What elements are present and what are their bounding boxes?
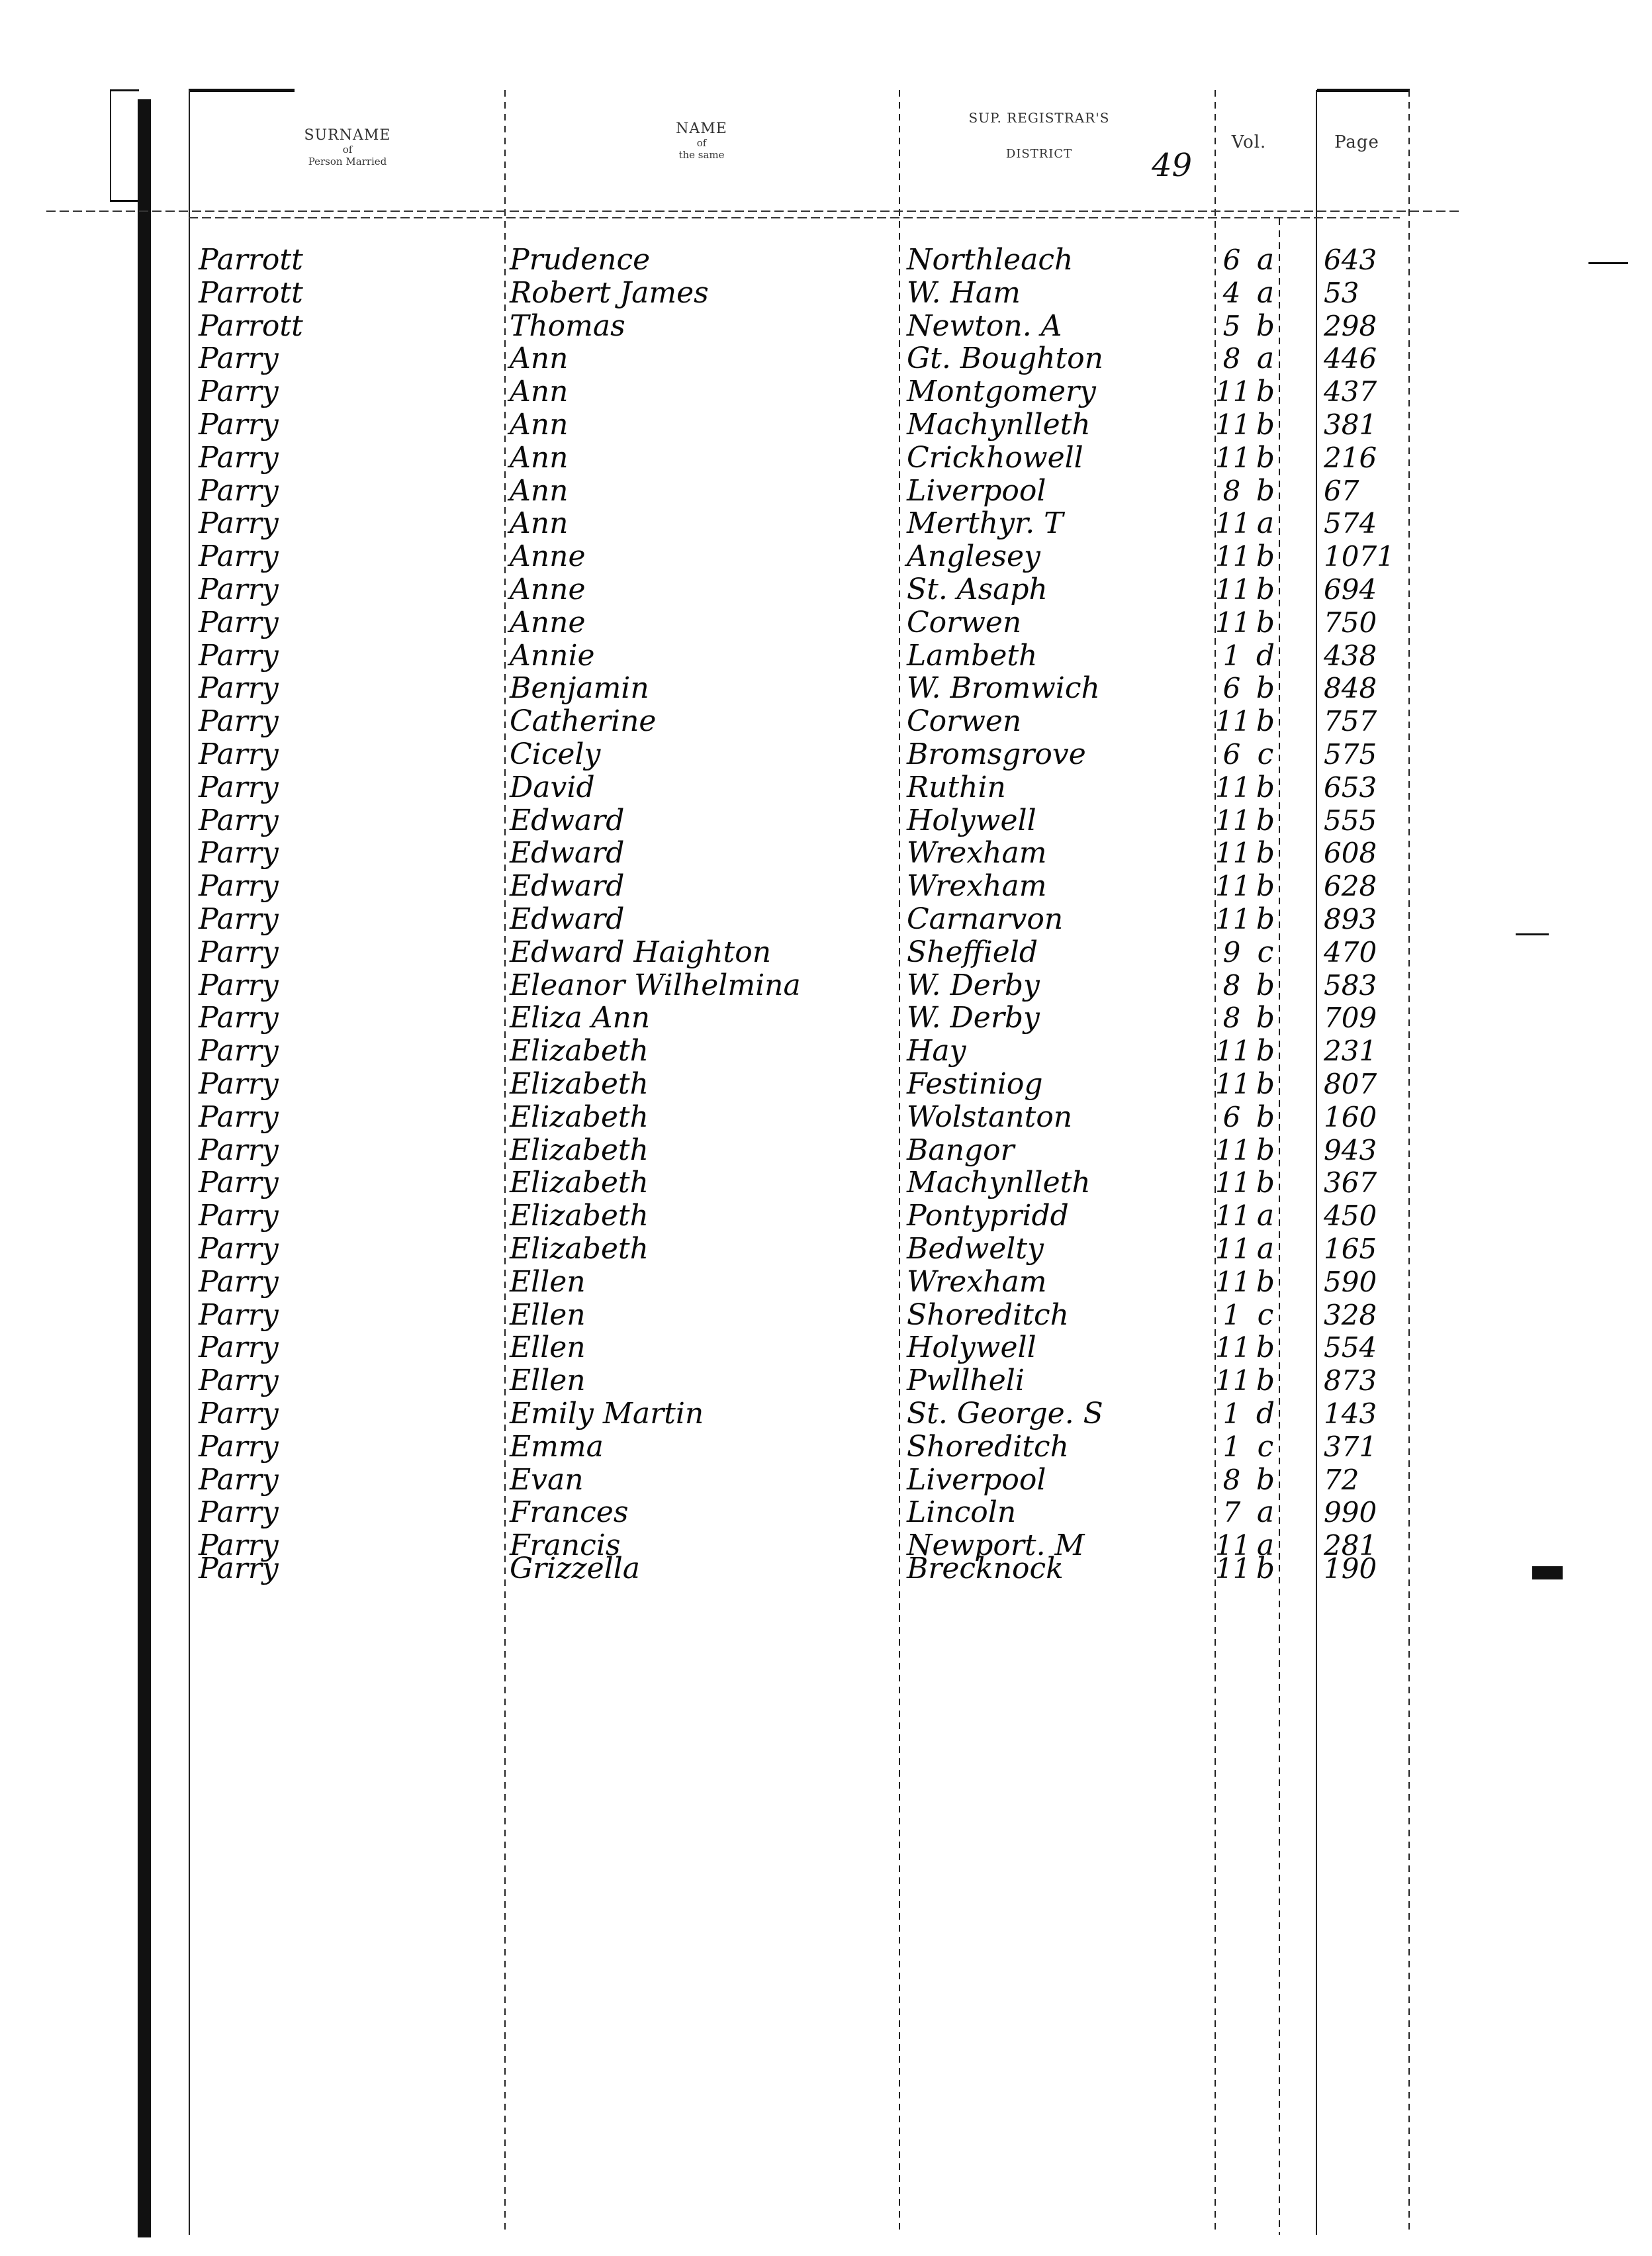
vol-letter-cell: b (1251, 1002, 1280, 1035)
district-cell: St. Asaph (907, 573, 1048, 606)
vol-cell: 1 (1215, 639, 1248, 673)
name-cell: Elizabeth (510, 1166, 649, 1199)
name-cell: Edward (510, 804, 624, 837)
page-cell: 757 (1324, 705, 1377, 738)
vol-cell: 1 (1215, 1431, 1248, 1464)
vol-letter-cell: b (1251, 1464, 1280, 1497)
surname-cell: Parry (199, 1552, 279, 1585)
vol-cell: 8 (1215, 969, 1248, 1002)
surname-cell: Parry (199, 672, 279, 705)
left-outer-rule (110, 89, 111, 202)
surname-cell: Parry (199, 705, 279, 738)
page-cell: 590 (1324, 1266, 1377, 1299)
table-row: ParryEvanLiverpool8b72 (0, 1464, 1652, 1497)
vol-letter-cell: b (1251, 837, 1280, 870)
district-cell: W. Bromwich (907, 672, 1100, 705)
district-cell: Holywell (907, 1331, 1036, 1364)
vol-letter-cell: b (1251, 442, 1280, 475)
surname-cell: Parry (199, 408, 279, 442)
district-cell: Pontypridd (907, 1199, 1069, 1233)
header-page-label: Page (1317, 132, 1397, 152)
name-cell: Robert James (510, 277, 709, 310)
surname-cell: Parry (199, 1331, 279, 1364)
vol-letter-cell: a (1251, 1199, 1280, 1233)
name-cell: Frances (510, 1496, 628, 1529)
vol-cell: 11 (1215, 408, 1248, 442)
surname-cell: Parrott (199, 310, 303, 343)
table-row: ParryEllenShoreditch1c328 (0, 1299, 1652, 1332)
vol-letter-cell: b (1251, 672, 1280, 705)
vol-cell: 11 (1215, 507, 1248, 540)
vol-letter-cell: b (1251, 903, 1280, 936)
header-surname-subtitle: Person Married (192, 156, 503, 167)
district-cell: Anglesey (907, 540, 1040, 573)
table-row: ParryEdwardCarnarvon11b893 (0, 903, 1652, 936)
vol-cell: 11 (1215, 442, 1248, 475)
name-cell: Ellen (510, 1266, 586, 1299)
vol-letter-cell: b (1251, 375, 1280, 408)
district-cell: Pwllheli (907, 1364, 1025, 1397)
vol-cell: 11 (1215, 573, 1248, 606)
surname-cell: Parry (199, 1068, 279, 1101)
header-district-subtitle: DISTRICT (900, 147, 1178, 161)
district-cell: W. Ham (907, 277, 1021, 310)
surname-cell: Parry (199, 903, 279, 936)
surname-cell: Parry (199, 1101, 279, 1134)
page-cell: 216 (1324, 442, 1377, 475)
table-row: ParryEleanor WilhelminaW. Derby8b583 (0, 969, 1652, 1002)
district-cell: St. George. S (907, 1397, 1103, 1431)
name-cell: Elizabeth (510, 1035, 649, 1068)
page-cell: 1071 (1324, 540, 1395, 573)
surname-cell: Parry (199, 1431, 279, 1464)
surname-cell: Parry (199, 969, 279, 1002)
vol-cell: 11 (1215, 804, 1248, 837)
vol-cell: 11 (1215, 375, 1248, 408)
surname-cell: Parry (199, 1002, 279, 1035)
vol-letter-cell: b (1251, 540, 1280, 573)
header-vol-label: Vol. (1216, 132, 1282, 152)
name-cell: Emma (510, 1431, 604, 1464)
district-cell: Merthyr. T (907, 507, 1064, 540)
vol-cell: 11 (1215, 1068, 1248, 1101)
district-cell: W. Derby (907, 969, 1040, 1002)
page-cell: 367 (1324, 1166, 1377, 1199)
name-cell: Grizzella (510, 1552, 640, 1585)
district-cell: W. Derby (907, 1002, 1040, 1035)
vol-cell: 11 (1215, 1266, 1248, 1299)
page-cell: 628 (1324, 870, 1377, 903)
table-row: ParryEllenPwllheli11b873 (0, 1364, 1652, 1397)
page-cell: 371 (1324, 1431, 1377, 1464)
district-cell: Lambeth (907, 639, 1037, 673)
name-cell: Edward Haighton (510, 936, 771, 969)
district-cell: Wrexham (907, 837, 1046, 870)
surname-cell: Parry (199, 1397, 279, 1431)
table-row: ParryBenjaminW. Bromwich6b848 (0, 672, 1652, 705)
vol-letter-cell: b (1251, 1552, 1280, 1585)
vol-letter-cell: c (1251, 1299, 1280, 1332)
page-cell: 67 (1324, 475, 1359, 508)
name-cell: Elizabeth (510, 1134, 649, 1167)
vol-letter-cell: b (1251, 1068, 1280, 1101)
vol-cell: 11 (1215, 1364, 1248, 1397)
page-cell: 438 (1324, 639, 1377, 673)
table-row: ParryElizabethMachynlleth11b367 (0, 1166, 1652, 1199)
header-vol: Vol. (1216, 132, 1282, 152)
vol-cell: 11 (1215, 540, 1248, 573)
table-row: ParryAnneCorwen11b750 (0, 606, 1652, 639)
district-cell: Machynlleth (907, 408, 1091, 442)
table-row: ParryAnnGt. Boughton8a446 (0, 342, 1652, 375)
vol-letter-cell: a (1251, 244, 1280, 277)
vol-letter-cell: b (1251, 1101, 1280, 1134)
name-cell: Cicely (510, 738, 600, 771)
name-cell: Eliza Ann (510, 1002, 650, 1035)
name-cell: Ann (510, 342, 568, 375)
table-row: ParryAnnMachynlleth11b381 (0, 408, 1652, 442)
surname-cell: Parry (199, 1299, 279, 1332)
vol-cell: 1 (1215, 1397, 1248, 1431)
name-cell: Emily Martin (510, 1397, 704, 1431)
name-cell: Ellen (510, 1364, 586, 1397)
page-cell: 750 (1324, 606, 1377, 639)
name-cell: Edward (510, 870, 624, 903)
district-cell: Gt. Boughton (907, 342, 1103, 375)
surname-cell: Parrott (199, 244, 303, 277)
page-cell: 574 (1324, 507, 1377, 540)
table-row: ParryElizabethFestiniog11b807 (0, 1068, 1652, 1101)
surname-cell: Parry (199, 837, 279, 870)
name-cell: Annie (510, 639, 595, 673)
page-cell: 893 (1324, 903, 1377, 936)
page-cell: 53 (1324, 277, 1359, 310)
name-cell: Prudence (510, 244, 650, 277)
district-cell: Bromsgrove (907, 738, 1086, 771)
district-number: 49 (1152, 147, 1192, 184)
table-row: ParryElizabethBedwelty11a165 (0, 1233, 1652, 1266)
page-cell: 555 (1324, 804, 1377, 837)
vol-letter-cell: b (1251, 1266, 1280, 1299)
left-bracket-top (110, 89, 139, 91)
table-row: ParryElizabethPontypridd11a450 (0, 1199, 1652, 1233)
name-cell: Evan (510, 1464, 584, 1497)
surname-cell: Parry (199, 507, 279, 540)
vol-cell: 11 (1215, 771, 1248, 804)
page-cell: 298 (1324, 310, 1377, 343)
vol-letter-cell: b (1251, 1331, 1280, 1364)
surname-cell: Parry (199, 870, 279, 903)
vol-letter-cell: a (1251, 342, 1280, 375)
surname-cell: Parry (199, 1035, 279, 1068)
surname-cell: Parry (199, 375, 279, 408)
table-row: ParryEdwardWrexham11b628 (0, 870, 1652, 903)
page-cell: 873 (1324, 1364, 1377, 1397)
district-cell: Wrexham (907, 1266, 1046, 1299)
page-cell: 381 (1324, 408, 1377, 442)
page-cell: 554 (1324, 1331, 1377, 1364)
district-cell: Sheffield (907, 936, 1038, 969)
district-cell: Hay (907, 1035, 966, 1068)
header-page: Page (1317, 132, 1397, 152)
district-cell: Newton. A (907, 310, 1062, 343)
page-cell: 160 (1324, 1101, 1377, 1134)
table-row: ParryElizabethHay11b231 (0, 1035, 1652, 1068)
page-cell: 575 (1324, 738, 1377, 771)
vol-cell: 8 (1215, 342, 1248, 375)
vol-letter-cell: b (1251, 804, 1280, 837)
name-cell: Eleanor Wilhelmina (510, 969, 801, 1002)
page-cell: 231 (1324, 1035, 1377, 1068)
table-row: ParryFrancesLincoln7a990 (0, 1496, 1652, 1529)
district-cell: Northleach (907, 244, 1073, 277)
table-row: ParryElizabethWolstanton6b160 (0, 1101, 1652, 1134)
surname-cell: Parry (199, 442, 279, 475)
surname-cell: Parry (199, 639, 279, 673)
name-cell: Catherine (510, 705, 656, 738)
vol-cell: 11 (1215, 1035, 1248, 1068)
table-row: ParrottThomasNewton. A5b298 (0, 310, 1652, 343)
name-cell: Ann (510, 475, 568, 508)
name-cell: Anne (510, 573, 586, 606)
district-cell: Shoreditch (907, 1299, 1069, 1332)
district-cell: Corwen (907, 705, 1021, 738)
page-cell: 446 (1324, 342, 1377, 375)
district-cell: Liverpool (907, 475, 1046, 508)
table-row: ParryDavidRuthin11b653 (0, 771, 1652, 804)
table-row: ParryCatherineCorwen11b757 (0, 705, 1652, 738)
vol-cell: 11 (1215, 705, 1248, 738)
name-cell: Ann (510, 507, 568, 540)
header-name-title: NAME (506, 120, 897, 137)
header-bottom-rule-2 (189, 217, 1400, 218)
vol-letter-cell: b (1251, 573, 1280, 606)
page-cell: 709 (1324, 1002, 1377, 1035)
vol-cell: 11 (1215, 1552, 1248, 1585)
page-cell: 653 (1324, 771, 1377, 804)
table-row: ParryEllenWrexham11b590 (0, 1266, 1652, 1299)
vol-letter-cell: b (1251, 310, 1280, 343)
surname-cell: Parry (199, 573, 279, 606)
surname-cell: Parry (199, 540, 279, 573)
table-row: ParryEdward HaightonSheffield9c470 (0, 936, 1652, 969)
header-district-title: SUP. REGISTRAR'S (900, 110, 1178, 126)
vol-cell: 6 (1215, 738, 1248, 771)
name-cell: Ellen (510, 1299, 586, 1332)
district-cell: Lincoln (907, 1496, 1016, 1529)
vol-cell: 11 (1215, 1166, 1248, 1199)
table-row: ParryAnnieLambeth1d438 (0, 639, 1652, 673)
top-rule (189, 89, 295, 92)
vol-letter-cell: c (1251, 1431, 1280, 1464)
page-cell: 470 (1324, 936, 1377, 969)
header-surname-title: SURNAME (192, 127, 503, 144)
table-row: ParryGrizzellaBrecknock11b190 (0, 1552, 1652, 1585)
name-cell: Anne (510, 540, 586, 573)
surname-cell: Parry (199, 475, 279, 508)
page-cell: 583 (1324, 969, 1377, 1002)
vol-letter-cell: b (1251, 1134, 1280, 1167)
left-bracket-bottom (110, 200, 139, 202)
header-district: SUP. REGISTRAR'S DISTRICT (900, 110, 1178, 161)
vol-cell: 11 (1215, 1134, 1248, 1167)
vol-letter-cell: a (1251, 1233, 1280, 1266)
table-row: ParryAnnMontgomery11b437 (0, 375, 1652, 408)
table-row: ParrottPrudenceNorthleach6a643 (0, 244, 1652, 277)
vol-letter-cell: b (1251, 1035, 1280, 1068)
vol-letter-cell: b (1251, 870, 1280, 903)
page-cell: 190 (1324, 1552, 1377, 1585)
surname-cell: Parry (199, 1199, 279, 1233)
page-cell: 990 (1324, 1496, 1377, 1529)
vol-cell: 6 (1215, 1101, 1248, 1134)
page-cell: 848 (1324, 672, 1377, 705)
page-cell: 72 (1324, 1464, 1359, 1497)
vol-cell: 8 (1215, 1002, 1248, 1035)
district-cell: Machynlleth (907, 1166, 1091, 1199)
surname-cell: Parrott (199, 277, 303, 310)
vol-letter-cell: c (1251, 936, 1280, 969)
vol-cell: 4 (1215, 277, 1248, 310)
page-cell: 328 (1324, 1299, 1377, 1332)
surname-cell: Parry (199, 1233, 279, 1266)
district-cell: Brecknock (907, 1552, 1064, 1585)
vol-cell: 1 (1215, 1299, 1248, 1332)
surname-cell: Parry (199, 738, 279, 771)
district-cell: Holywell (907, 804, 1036, 837)
table-row: ParryAnnMerthyr. T11a574 (0, 507, 1652, 540)
name-cell: Elizabeth (510, 1068, 649, 1101)
table-row: ParryEliza AnnW. Derby8b709 (0, 1002, 1652, 1035)
district-cell: Liverpool (907, 1464, 1046, 1497)
table-row: ParryAnneSt. Asaph11b694 (0, 573, 1652, 606)
table-row: ParryEmily MartinSt. George. S1d143 (0, 1397, 1652, 1431)
vol-cell: 6 (1215, 244, 1248, 277)
vol-cell: 11 (1215, 870, 1248, 903)
name-cell: Ann (510, 408, 568, 442)
table-row: ParryElizabethBangor11b943 (0, 1134, 1652, 1167)
vol-cell: 11 (1215, 903, 1248, 936)
page-cell: 694 (1324, 573, 1377, 606)
district-cell: Crickhowell (907, 442, 1083, 475)
vol-cell: 8 (1215, 475, 1248, 508)
vol-letter-cell: d (1251, 639, 1280, 673)
district-cell: Wrexham (907, 870, 1046, 903)
vol-cell: 7 (1215, 1496, 1248, 1529)
district-cell: Bedwelty (907, 1233, 1044, 1266)
page-cell: 143 (1324, 1397, 1377, 1431)
name-cell: Ellen (510, 1331, 586, 1364)
vol-cell: 11 (1215, 1233, 1248, 1266)
vol-letter-cell: d (1251, 1397, 1280, 1431)
table-row: ParryAnnLiverpool8b67 (0, 475, 1652, 508)
name-cell: Anne (510, 606, 586, 639)
vol-cell: 11 (1215, 837, 1248, 870)
table-row: ParryCicelyBromsgrove6c575 (0, 738, 1652, 771)
header-name-subtitle: the same (506, 149, 897, 161)
page-cell: 943 (1324, 1134, 1377, 1167)
vol-letter-cell: b (1251, 969, 1280, 1002)
header-surname-of: of (192, 144, 503, 156)
vol-letter-cell: c (1251, 738, 1280, 771)
name-cell: Benjamin (510, 672, 649, 705)
table-row: ParrottRobert JamesW. Ham4a53 (0, 277, 1652, 310)
header-bottom-rule (46, 211, 1463, 212)
surname-cell: Parry (199, 1464, 279, 1497)
surname-cell: Parry (199, 1266, 279, 1299)
surname-cell: Parry (199, 1364, 279, 1397)
table-row: ParryAnneAnglesey11b1071 (0, 540, 1652, 573)
name-cell: Elizabeth (510, 1101, 649, 1134)
top-rule-right (1317, 89, 1410, 92)
vol-letter-cell: b (1251, 606, 1280, 639)
surname-cell: Parry (199, 1166, 279, 1199)
surname-cell: Parry (199, 804, 279, 837)
page-cell: 437 (1324, 375, 1377, 408)
name-cell: Ann (510, 375, 568, 408)
vol-letter-cell: b (1251, 475, 1280, 508)
page-cell: 608 (1324, 837, 1377, 870)
vol-letter-cell: b (1251, 408, 1280, 442)
page-cell: 450 (1324, 1199, 1377, 1233)
table-row: ParryEmmaShoreditch1c371 (0, 1431, 1652, 1464)
vol-letter-cell: b (1251, 1364, 1280, 1397)
district-cell: Corwen (907, 606, 1021, 639)
page-cell: 807 (1324, 1068, 1377, 1101)
page-cell: 165 (1324, 1233, 1377, 1266)
name-cell: David (510, 771, 595, 804)
name-cell: Thomas (510, 310, 625, 343)
vol-letter-cell: a (1251, 1496, 1280, 1529)
vol-cell: 8 (1215, 1464, 1248, 1497)
vol-letter-cell: b (1251, 771, 1280, 804)
surname-cell: Parry (199, 606, 279, 639)
vol-cell: 11 (1215, 1199, 1248, 1233)
header-name-of: of (506, 137, 897, 149)
header-surname: SURNAME of Person Married (192, 127, 503, 167)
vol-letter-cell: a (1251, 507, 1280, 540)
table-row: ParryEdwardHolywell11b555 (0, 804, 1652, 837)
register-page: SURNAME of Person Married NAME of the sa… (0, 0, 1652, 2256)
table-row: ParryEllenHolywell11b554 (0, 1331, 1652, 1364)
table-row: ParryAnnCrickhowell11b216 (0, 442, 1652, 475)
vol-letter-cell: a (1251, 277, 1280, 310)
name-cell: Elizabeth (510, 1199, 649, 1233)
name-cell: Edward (510, 903, 624, 936)
vol-letter-cell: b (1251, 705, 1280, 738)
district-cell: Shoreditch (907, 1431, 1069, 1464)
header-name: NAME of the same (506, 120, 897, 161)
surname-cell: Parry (199, 342, 279, 375)
vol-cell: 6 (1215, 672, 1248, 705)
surname-cell: Parry (199, 771, 279, 804)
surname-cell: Parry (199, 936, 279, 969)
name-cell: Elizabeth (510, 1233, 649, 1266)
vol-cell: 11 (1215, 1331, 1248, 1364)
district-cell: Ruthin (907, 771, 1006, 804)
page-cell: 643 (1324, 244, 1377, 277)
table-row: ParryEdwardWrexham11b608 (0, 837, 1652, 870)
name-cell: Ann (510, 442, 568, 475)
district-cell: Montgomery (907, 375, 1096, 408)
district-cell: Wolstanton (907, 1101, 1072, 1134)
district-cell: Bangor (907, 1134, 1015, 1167)
district-cell: Carnarvon (907, 903, 1063, 936)
vol-cell: 9 (1215, 936, 1248, 969)
surname-cell: Parry (199, 1496, 279, 1529)
vol-cell: 5 (1215, 310, 1248, 343)
district-cell: Festiniog (907, 1068, 1043, 1101)
